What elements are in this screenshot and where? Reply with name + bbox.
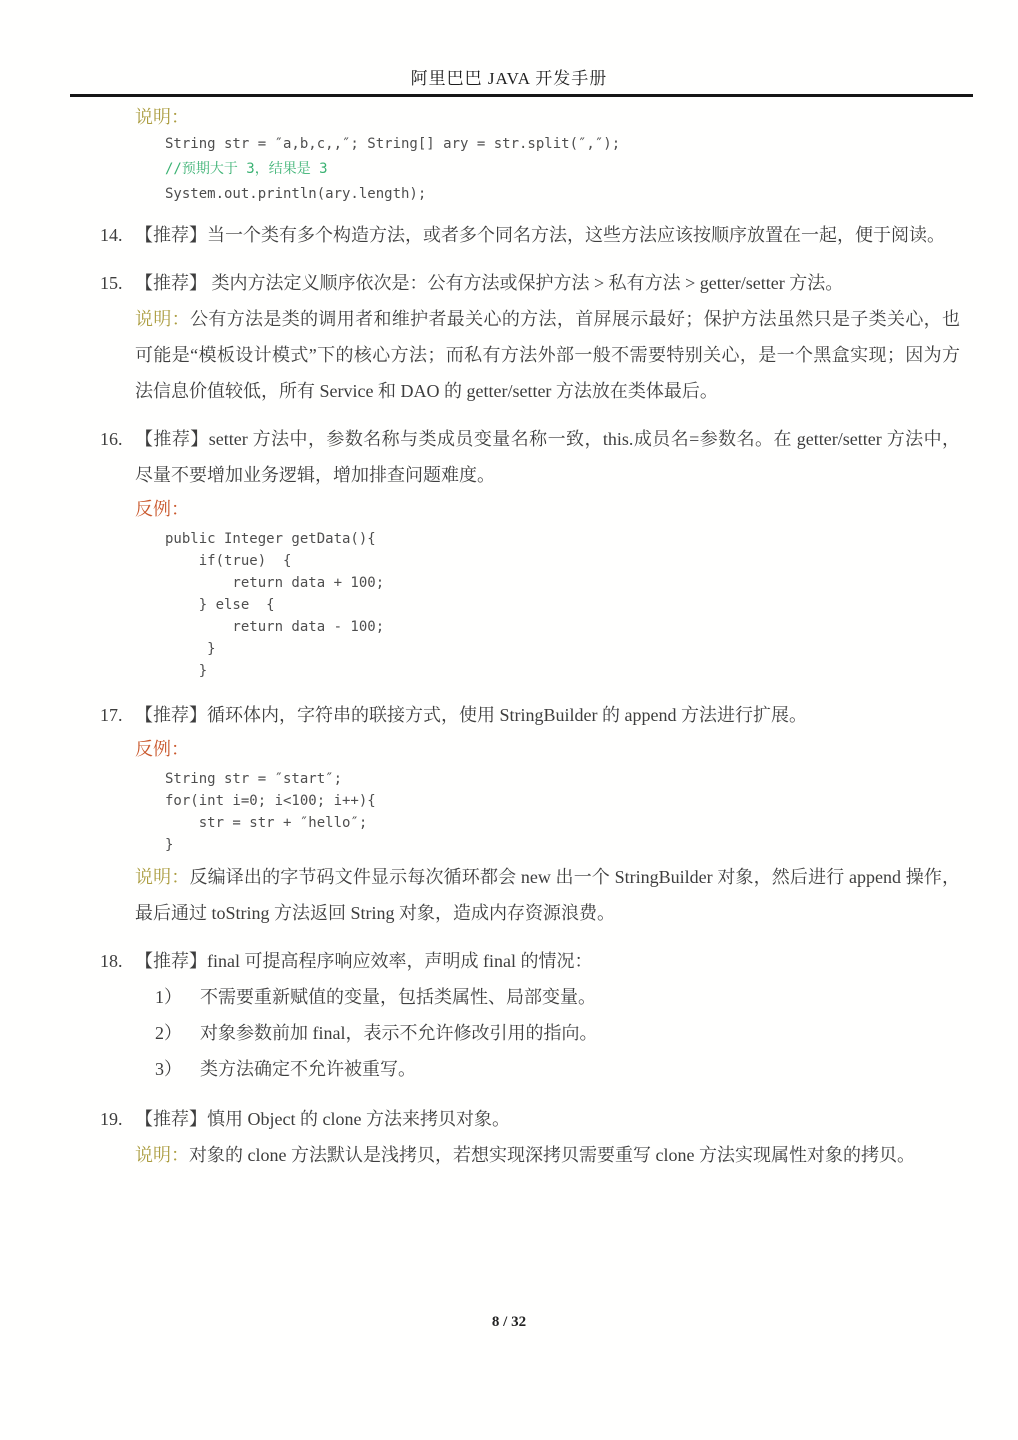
rule-text: 【推荐】慎用 Object 的 clone 方法来拷贝对象。: [135, 1101, 960, 1137]
rule-number: 14.: [100, 217, 135, 253]
sublist-item: 3） 类方法确定不允许被重写。: [155, 1051, 960, 1087]
sublist-item: 1） 不需要重新赋值的变量，包括类属性、局部变量。: [155, 979, 960, 1015]
note-label: 说明：: [135, 1145, 189, 1165]
rule-tag: 【推荐】: [135, 429, 209, 449]
rule-tag: 【推荐】: [135, 1109, 207, 1129]
code-line: String str = ″a,b,c,,″; String[] ary = s…: [165, 133, 960, 155]
page-content: 说明： String str = ″a,b,c,,″; String[] ary…: [100, 104, 960, 1173]
rule-number: 15.: [100, 265, 135, 409]
document-page: 阿里巴巴 JAVA 开发手册 说明： String str = ″a,b,c,,…: [0, 0, 1018, 1440]
page-number: 8 / 32: [0, 1314, 1018, 1331]
rule-text: 【推荐】setter 方法中，参数名称与类成员变量名称一致，this.成员名=参…: [135, 421, 960, 493]
rule-tag: 【推荐】: [135, 951, 207, 971]
rule-note: 说明：反编译出的字节码文件显示每次循环都会 new 出一个 StringBuil…: [135, 859, 960, 931]
rule-text: 【推荐】 类内方法定义顺序依次是：公有方法或保护方法 > 私有方法 > gett…: [135, 265, 960, 301]
rule-item-15: 15. 【推荐】 类内方法定义顺序依次是：公有方法或保护方法 > 私有方法 > …: [100, 265, 960, 409]
rule-number: 19.: [100, 1101, 135, 1173]
rule-item-14: 14. 【推荐】当一个类有多个构造方法，或者多个同名方法，这些方法应该按顺序放置…: [100, 217, 960, 253]
rule-item-16: 16. 【推荐】setter 方法中，参数名称与类成员变量名称一致，this.成…: [100, 421, 960, 685]
rule-text: 【推荐】final 可提高程序响应效率，声明成 final 的情况：: [135, 943, 960, 979]
rule-number: 18.: [100, 943, 135, 1087]
rule-item-17: 17. 【推荐】循环体内，字符串的联接方式，使用 StringBuilder 的…: [100, 697, 960, 931]
note-label: 说明：: [135, 309, 190, 329]
note-label: 说明：: [135, 867, 189, 887]
code-block: public Integer getData(){ if(true) { ret…: [165, 528, 960, 682]
rule-sublist: 1） 不需要重新赋值的变量，包括类属性、局部变量。 2） 对象参数前加 fina…: [155, 979, 960, 1087]
code-comment-line: //预期大于 3，结果是 3: [165, 158, 960, 180]
rule-note: 说明：公有方法是类的调用者和维护者最关心的方法，首屏展示最好；保护方法虽然只是子…: [135, 301, 960, 409]
code-line: System.out.println(ary.length);: [165, 183, 960, 205]
rule-item-19: 19. 【推荐】慎用 Object 的 clone 方法来拷贝对象。 说明：对象…: [100, 1101, 960, 1173]
rule-text: 【推荐】当一个类有多个构造方法，或者多个同名方法，这些方法应该按顺序放置在一起，…: [135, 217, 960, 253]
page-header-title: 阿里巴巴 JAVA 开发手册: [0, 64, 1018, 89]
counter-example-label: 反例：: [135, 493, 960, 525]
rule-tag: 【推荐】: [135, 225, 207, 245]
rule-text: 【推荐】循环体内，字符串的联接方式，使用 StringBuilder 的 app…: [135, 697, 960, 733]
code-block: String str = ″start″; for(int i=0; i<100…: [165, 768, 960, 856]
sublist-item: 2） 对象参数前加 final，表示不允许修改引用的指向。: [155, 1015, 960, 1051]
rule-tag: 【推荐】: [135, 273, 207, 293]
note-label: 说明：: [135, 104, 960, 130]
top-note-block: 说明： String str = ″a,b,c,,″; String[] ary…: [100, 104, 960, 205]
rule-item-18: 18. 【推荐】final 可提高程序响应效率，声明成 final 的情况： 1…: [100, 943, 960, 1087]
rule-tag: 【推荐】: [135, 705, 207, 725]
counter-example-label: 反例：: [135, 733, 960, 765]
header-divider: [70, 94, 973, 97]
rule-number: 17.: [100, 697, 135, 931]
rule-number: 16.: [100, 421, 135, 685]
rule-note: 说明：对象的 clone 方法默认是浅拷贝，若想实现深拷贝需要重写 clone …: [135, 1137, 960, 1173]
